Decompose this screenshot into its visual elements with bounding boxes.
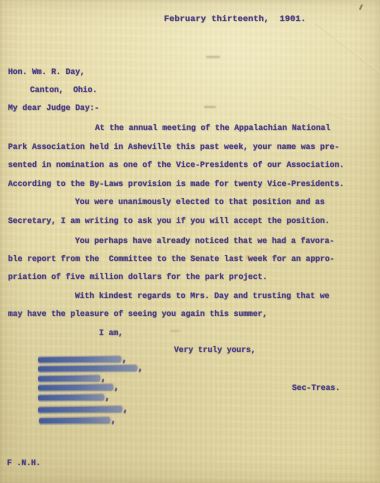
- body-line: priation of five million dollars for the…: [8, 273, 267, 283]
- crossed-out-name-line: [38, 395, 104, 400]
- closing: Very truly yours,: [174, 346, 256, 356]
- recipient-city-line: Canton, Ohio.: [30, 86, 97, 96]
- crossed-out-name-line: [39, 418, 110, 423]
- body-line: may have the pleasure of seeing you agai…: [8, 310, 267, 320]
- crossed-out-name-line: [38, 357, 121, 362]
- body-line: Secretary, I am writing to ask you if yo…: [8, 217, 330, 227]
- typist-initials: F .N.H.: [7, 459, 41, 469]
- paper-crease: [314, 22, 380, 77]
- pre-closing: I am,: [99, 329, 123, 339]
- smudge-mark: [204, 106, 216, 108]
- body-line: You perhaps have already noticed that we…: [8, 237, 334, 247]
- signature-title: Sec-Treas.: [292, 384, 340, 394]
- smudge-mark: [170, 330, 180, 332]
- smudge-mark: [206, 56, 220, 58]
- pencil-mark: [359, 4, 363, 10]
- body-line: sented in nomination as one of the Vice-…: [8, 161, 344, 171]
- paper-crease: [288, 95, 353, 123]
- body-line: According to the By-Laws provision is ma…: [8, 180, 344, 190]
- body-line: You were unanimously elected to that pos…: [8, 198, 325, 208]
- crossed-out-name-line: [38, 407, 122, 412]
- salutation: My dear Judge Day:-: [8, 104, 99, 114]
- body-line: At the annual meeting of the Appalachian…: [8, 124, 330, 134]
- crossed-out-name-line: [38, 385, 113, 390]
- date-line: February thirteenth, 1901.: [164, 14, 306, 24]
- recipient-name-line: Hon. Wm. R. Day,: [8, 68, 85, 78]
- body-line: ble report from the Committee to the Sen…: [8, 255, 334, 265]
- body-line: With kindest regards to Mrs. Day and tru…: [8, 292, 329, 302]
- crossed-out-name-line: [38, 365, 137, 371]
- crossed-out-name-line: [38, 376, 100, 381]
- letter-page: February thirteenth, 1901. Hon. Wm. R. D…: [0, 0, 380, 483]
- body-line: Park Association held in Asheville this …: [8, 143, 339, 153]
